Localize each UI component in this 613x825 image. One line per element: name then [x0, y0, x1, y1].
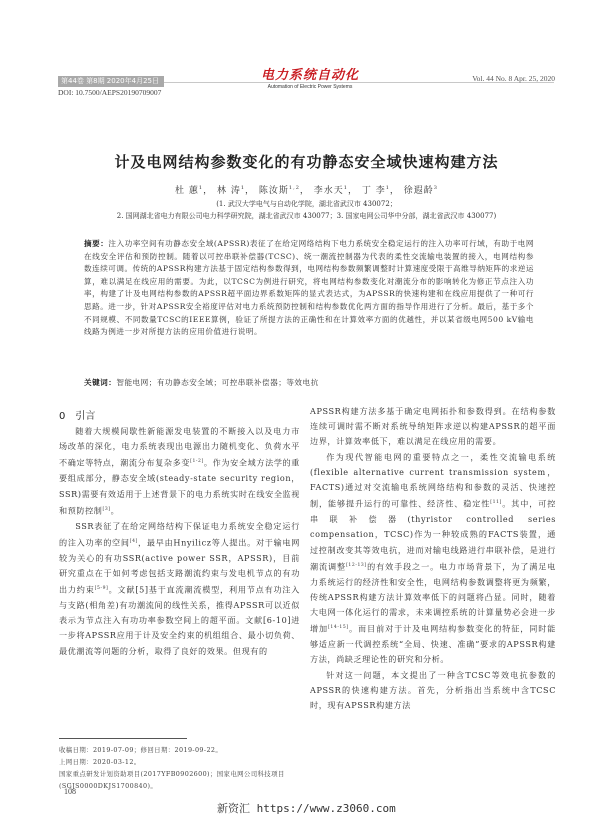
journal-name-cn: 电力系统自动化 [250, 68, 370, 84]
paragraph: 作为现代智能电网的重要特点之一，柔性交流输电系统(flexible altern… [310, 450, 556, 668]
citation: [1-2] [190, 459, 204, 464]
author: 林 涛1 [217, 186, 245, 196]
received-date: 收稿日期：2019-07-09；修回日期：2019-09-22。 [59, 744, 300, 756]
paragraph: SSR表征了在给定网络结构下保证电力系统安全稳定运行的注入功率的空间[4]，最早… [59, 519, 300, 659]
abstract: 摘要：注入功率空间有功静态安全域(APSSR)表征了在给定网络结构下电力系统安全… [84, 238, 534, 339]
keywords: 关键词：智能电网；有功静态安全域；可控串联补偿器；等效电抗 [84, 377, 534, 388]
section-heading: 0 引言 [59, 407, 95, 422]
citation: [12-13] [346, 563, 367, 568]
paragraph: 随着大规模间歇性新能源发电装置的不断接入以及电力市场改革的深化，电力系统表现出电… [59, 424, 300, 519]
funding: 国家重点研发计划资助项目(2017YFB0902600)；国家电网公司科技项目(… [59, 768, 300, 792]
online-date: 上网日期：2020-03-12。 [59, 756, 300, 768]
author-list: 杜 蕙1， 林 涛1， 陈汝斯1,2， 李水天1， 丁 李1， 徐遐龄3 [0, 183, 613, 196]
affiliation-line-2: 2. 国网湖北省电力有限公司电力科学研究院，湖北省武汉市 430077；3. 国… [0, 211, 613, 221]
footnote-divider [59, 738, 187, 739]
author: 陈汝斯1,2 [259, 186, 300, 196]
right-column: APSSR构建方法多基于确定电网拓扑和参数得到。在结构参数连续可调时需不断对系统… [310, 404, 556, 713]
doi: DOI: 10.7500/AEPS20190709007 [58, 88, 161, 97]
citation: [3] [102, 507, 110, 512]
abstract-text: 注入功率空间有功静态安全域(APSSR)表征了在给定网络结构下电力系统安全稳定运… [84, 239, 534, 336]
paper-title: 计及电网结构参数变化的有功静态安全域快速构建方法 [0, 151, 613, 172]
keywords-text: 智能电网；有功静态安全域；可控串联补偿器；等效电抗 [116, 378, 318, 387]
paragraph: 针对这一问题，本文提出了一种含TCSC等效电抗参数的APSSR的快速构建方法。首… [310, 668, 556, 714]
author: 丁 李1 [362, 186, 390, 196]
citation: [11] [490, 500, 502, 505]
author: 杜 蕙1 [175, 186, 203, 196]
author: 李水天1 [314, 186, 348, 196]
citation: [4] [130, 539, 138, 544]
author: 徐遐龄3 [404, 186, 438, 196]
left-column: 随着大规模间歇性新能源发电装置的不断接入以及电力市场改革的深化，电力系统表现出电… [59, 424, 300, 659]
issue-bar: 第44卷 第8期 2020年4月25日 [58, 76, 164, 87]
abstract-label: 摘要： [84, 239, 108, 248]
affiliation-line-1: (1. 武汉大学电气与自动化学院，湖北省武汉市 430072； [0, 199, 613, 209]
journal-name-en: Automation of Electric Power Systems [250, 84, 370, 91]
journal-logo: 电力系统自动化 Automation of Electric Power Sys… [250, 68, 370, 91]
volume-info: Vol. 44 No. 8 Apr. 25, 2020 [472, 74, 555, 83]
citation: [5-9] [95, 586, 109, 591]
paragraph: APSSR构建方法多基于确定电网拓扑和参数得到。在结构参数连续可调时需不断对系统… [310, 404, 556, 450]
page-number: 108 [64, 787, 76, 796]
citation: [14-15] [328, 625, 349, 630]
footnotes: 收稿日期：2019-07-09；修回日期：2019-09-22。 上网日期：20… [59, 744, 300, 792]
watermark: 新资汇 https://www.z3060.com [217, 800, 396, 816]
keywords-label: 关键词： [84, 378, 116, 387]
